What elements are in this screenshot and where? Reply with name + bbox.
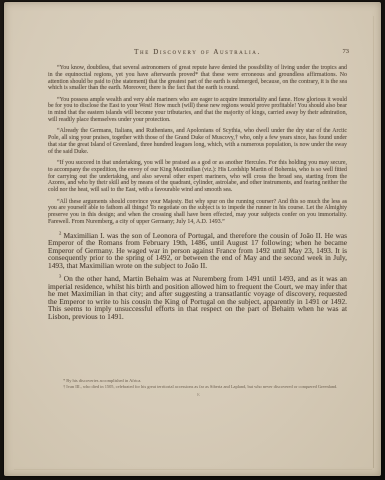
page-title: The Discovery of Australia. (134, 48, 261, 56)
quoted-paragraph-3: “Already the Germans, Italians, and Ruth… (48, 128, 347, 155)
quoted-paragraph-4: “If you succeed in that undertaking, you… (48, 160, 347, 194)
footnote-marker-2: 2 (59, 230, 61, 235)
quoted-paragraph-1: “You know, doubtless, that several astro… (48, 65, 347, 92)
running-header: The Discovery of Australia. 73 (48, 48, 347, 57)
body-paragraph-maximilian-text: Maximilian I. was the son of Leonora of … (48, 231, 347, 270)
footnote-dagger: † Ivan III., who died in 1505, celebrate… (56, 384, 341, 390)
quoted-paragraph-2: “You possess ample wealth and very able … (48, 97, 347, 124)
footnote-marker-3: 3 (59, 274, 61, 279)
book-page: The Discovery of Australia. 73 “You know… (4, 2, 381, 476)
page-edge-line (373, 16, 374, 468)
page-bottom-edge-line (14, 469, 372, 470)
scanned-book-photo: The Discovery of Australia. 73 “You know… (0, 0, 385, 480)
quoted-paragraph-5: “All these arguments should convince you… (48, 199, 347, 226)
body-paragraph-behaim-text: On the other hand, Martin Behaim was at … (48, 274, 347, 321)
printer-signature-mark: K (56, 392, 341, 398)
body-paragraph-maximilian: 2 Maximilian I. was the son of Leonora o… (48, 232, 347, 270)
body-paragraph-behaim: 3 On the other hand, Martin Behaim was a… (48, 275, 347, 320)
page-text-block: The Discovery of Australia. 73 “You know… (48, 48, 347, 320)
page-number: 73 (343, 48, 350, 55)
footnotes-block: * By his discoveries accomplished in Afr… (56, 378, 341, 398)
